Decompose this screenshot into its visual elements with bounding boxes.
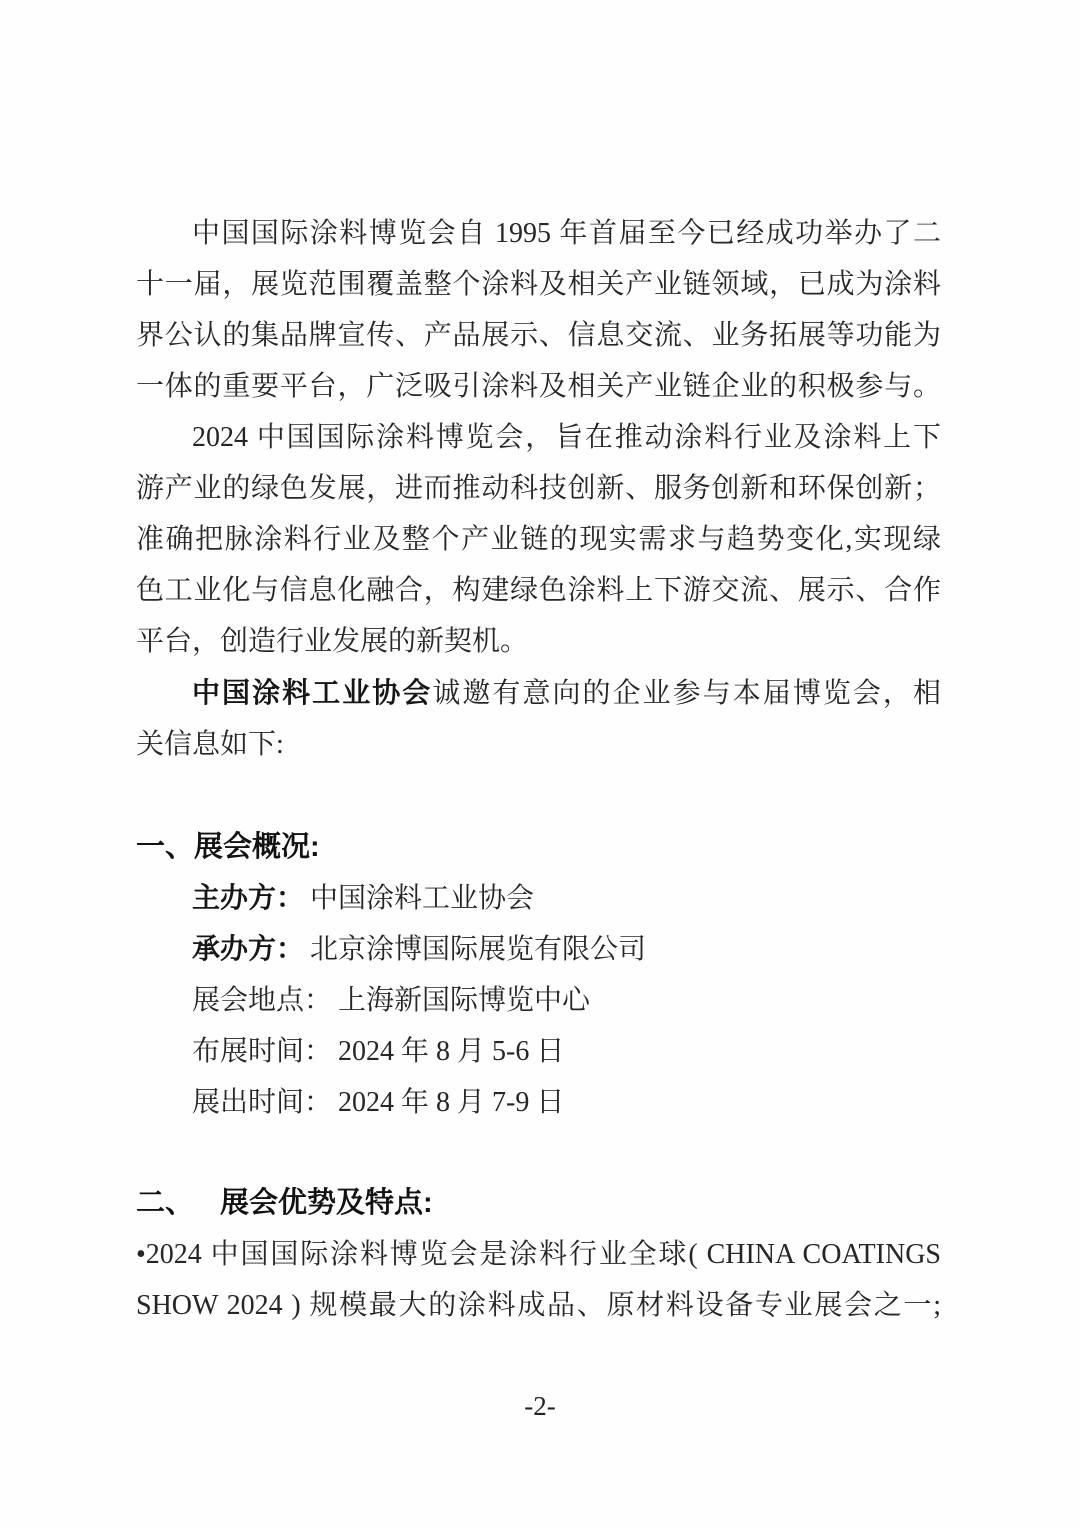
item-label: 展会地点： [192,985,332,1016]
venue-item: 展会地点：上海新国际博览中心 [136,975,941,1026]
text-line: 游产业的绿色发展，进而推动科技创新、服务创新和环保创新； [136,463,941,514]
item-value: 2024 年 8 月 7-9 日 [338,1087,564,1118]
text-line: 关信息如下: [136,719,941,770]
item-value: 中国涂料工业协会 [310,883,534,914]
text-line: 平台，创造行业发展的新契机。 [136,616,941,667]
page-number: -2- [0,1390,1080,1422]
section-2-heading: 二、展会优势及特点: [136,1178,941,1229]
document-content: 中国国际涂料博览会自 1995 年首届至今已经成功举办了二 十一届，展览范围覆盖… [136,208,941,1331]
item-label: 承办方： [192,934,304,965]
text-line: 色工业化与信息化融合，构建绿色涂料上下游交流、展示、合作 [136,565,941,616]
item-label: 布展时间： [192,1036,332,1067]
setup-time-item: 布展时间：2024 年 8 月 5-6 日 [136,1026,941,1077]
text-line: 2024 中国国际涂料博览会，旨在推动涂料行业及涂料上下 [136,412,941,463]
section-overview: 一、展会概况: 主办方：中国涂料工业协会 承办方：北京涂博国际展览有限公司 展会… [136,822,941,1128]
exhibit-time-item: 展出时间：2024 年 8 月 7-9 日 [136,1077,941,1128]
text-line: 准确把脉涂料行业及整个产业链的现实需求与趋势变化,实现绿 [136,514,941,565]
organizer-item: 主办方：中国涂料工业协会 [136,873,941,924]
text-line: 十一届，展览范围覆盖整个涂料及相关产业链领域，已成为涂料 [136,259,941,310]
section-advantages: 二、展会优势及特点: •2024 中国国际涂料博览会是涂料行业全球( CHINA… [136,1178,941,1331]
intro-paragraph: 中国国际涂料博览会自 1995 年首届至今已经成功举办了二 十一届，展览范围覆盖… [136,208,941,412]
text-line: 一体的重要平台，广泛吸引涂料及相关产业链企业的积极参与。 [136,361,941,412]
section-1-heading: 一、展会概况: [136,822,941,873]
association-name-bold: 中国涂料工业协会 [192,677,432,708]
item-value: 2024 年 8 月 5-6 日 [338,1036,564,1067]
invitation-paragraph: 中国涂料工业协会诚邀有意向的企业参与本届博览会，相 关信息如下: [136,667,941,770]
co-organizer-item: 承办方：北京涂博国际展览有限公司 [136,924,941,975]
invitation-text: 诚邀有意向的企业参与本届博览会，相 [432,678,941,709]
item-label: 主办方： [192,883,304,914]
document-page: 中国国际涂料博览会自 1995 年首届至今已经成功举办了二 十一届，展览范围覆盖… [0,0,1080,1527]
bullet-line: •2024 中国国际涂料博览会是涂料行业全球( CHINA COATINGS [136,1229,941,1280]
item-label: 展出时间： [192,1087,332,1118]
purpose-paragraph: 2024 中国国际涂料博览会，旨在推动涂料行业及涂料上下 游产业的绿色发展，进而… [136,412,941,667]
bullet-line: SHOW 2024 ) 规模最大的涂料成品、原材料设备专业展会之一; [136,1280,941,1331]
section-2-number: 二、 [136,1187,194,1219]
text-line: 中国涂料工业协会诚邀有意向的企业参与本届博览会，相 [136,667,941,719]
text-line: 中国国际涂料博览会自 1995 年首届至今已经成功举办了二 [136,208,941,259]
item-value: 上海新国际博览中心 [338,985,590,1016]
text-line: 界公认的集品牌宣传、产品展示、信息交流、业务拓展等功能为 [136,310,941,361]
item-value: 北京涂博国际展览有限公司 [310,934,646,965]
section-2-title: 展会优势及特点: [220,1187,433,1219]
